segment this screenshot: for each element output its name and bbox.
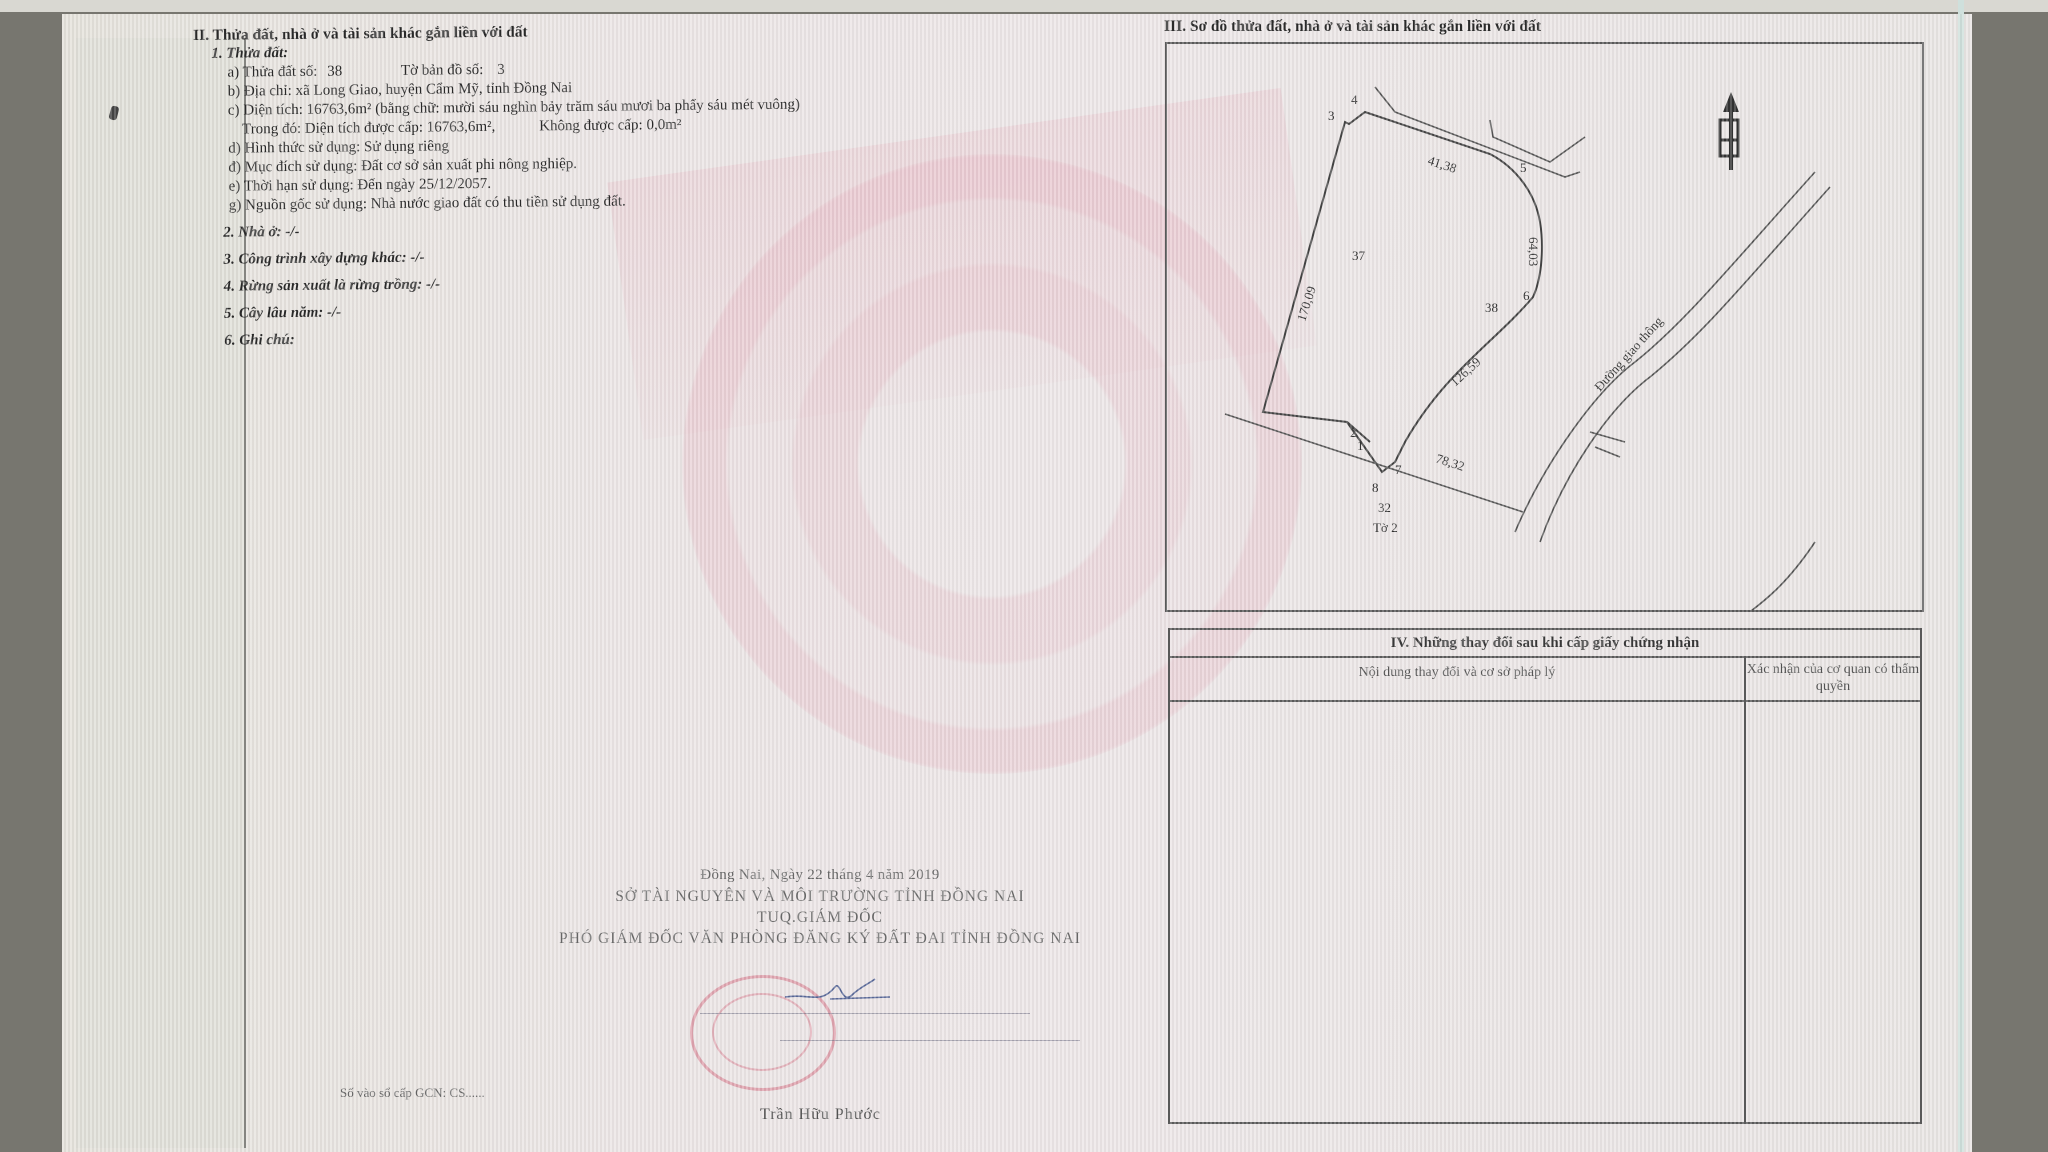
point-1: 1 <box>1357 438 1364 453</box>
signature-line-2 <box>780 1040 1080 1041</box>
paper-right-edge <box>1958 0 1964 1152</box>
edge-41-38: 41,38 <box>1426 153 1458 176</box>
on-behalf: TUQ.GIÁM ĐỐC <box>470 907 1170 928</box>
item-other-construction: 3. Công trình xây dựng khác: -/- <box>195 242 1075 270</box>
point-6: 6 <box>1523 288 1530 303</box>
edge-64-03: 64,03 <box>1526 237 1541 266</box>
edge-126-59: 126,59 <box>1447 354 1484 389</box>
monitor-bezel-top <box>0 0 2048 12</box>
table-header: Nội dung thay đổi và cơ sở pháp lý Xác n… <box>1170 658 1920 702</box>
item-perennial-trees: 5. Cây lâu năm: -/- <box>196 296 1076 324</box>
signature-block: Đồng Nai, Ngày 22 tháng 4 năm 2019 SỞ TÀ… <box>470 865 1170 949</box>
signature-scribble <box>780 975 910 1015</box>
neighbor-sheet: Tờ 2 <box>1373 520 1398 535</box>
item-production-forest: 4. Rừng sản xuất là rừng trồng: -/- <box>196 269 1076 297</box>
section-4-changes-table: IV. Những thay đổi sau khi cấp giấy chứn… <box>1168 628 1922 1124</box>
issuing-org: SỞ TÀI NGUYÊN VÀ MÔI TRƯỜNG TỈNH ĐỒNG NA… <box>470 886 1170 907</box>
point-7: 7 <box>1395 462 1402 477</box>
signer-name: Trần Hữu Phước <box>760 1106 881 1124</box>
road-label: Đường giao thông <box>1591 313 1666 394</box>
edge-78-32: 78,32 <box>1434 451 1466 474</box>
map-sheet-label: Tờ bản đồ số: <box>401 61 484 81</box>
certificate-register-number: Số vào sổ cấp GCN: CS...... <box>340 1085 485 1101</box>
area-not-granted: Không được cấp: 0,0m² <box>539 116 681 136</box>
col-change-content: Nội dung thay đổi và cơ sở pháp lý <box>1170 658 1746 700</box>
table-body <box>1170 702 1920 1122</box>
col-authority-confirmation: Xác nhận của cơ quan có thẩm quyền <box>1746 658 1920 700</box>
parcel-map: 4 3 5 6 7 2 8 1 41,38 64,03 170,09 126,5… <box>1165 42 1925 612</box>
map-sheet-number: 3 <box>497 61 505 80</box>
parcel-label: a) Thửa đất số: <box>227 63 317 83</box>
point-8: 8 <box>1372 480 1379 495</box>
section-3-title: III. Sơ đồ thửa đất, nhà ở và tài sản kh… <box>1164 18 1541 36</box>
point-4: 4 <box>1351 92 1358 107</box>
roads-and-neighbors <box>1225 87 1830 612</box>
section-4-title: IV. Những thay đổi sau khi cấp giấy chứn… <box>1170 630 1920 658</box>
parcel-number-label: 38 <box>1485 300 1498 315</box>
area-granted: Trong đó: Diện tích được cấp: 16763,6m², <box>242 118 496 140</box>
neighbor-parcel-32: 32 <box>1378 500 1391 515</box>
north-arrow-icon <box>1720 92 1739 170</box>
signer-position: PHÓ GIÁM ĐỐC VĂN PHÒNG ĐĂNG KÝ ĐẤT ĐAI T… <box>470 928 1170 949</box>
signature-line <box>700 1013 1030 1014</box>
place-date: Đồng Nai, Ngày 22 tháng 4 năm 2019 <box>470 865 1170 886</box>
point-5: 5 <box>1520 160 1527 175</box>
item-house: 2. Nhà ở: -/- <box>195 215 1075 243</box>
neighbor-parcel-37: 37 <box>1352 248 1366 263</box>
section-2-land-info: II. Thửa đất, nhà ở và tài sản khác gắn … <box>193 17 1076 351</box>
change-content-cell <box>1170 702 1746 1122</box>
parcel-number: 38 <box>327 62 397 82</box>
confirmation-cell <box>1746 702 1920 1122</box>
point-3: 3 <box>1328 108 1335 123</box>
point-2: 2 <box>1350 425 1357 440</box>
